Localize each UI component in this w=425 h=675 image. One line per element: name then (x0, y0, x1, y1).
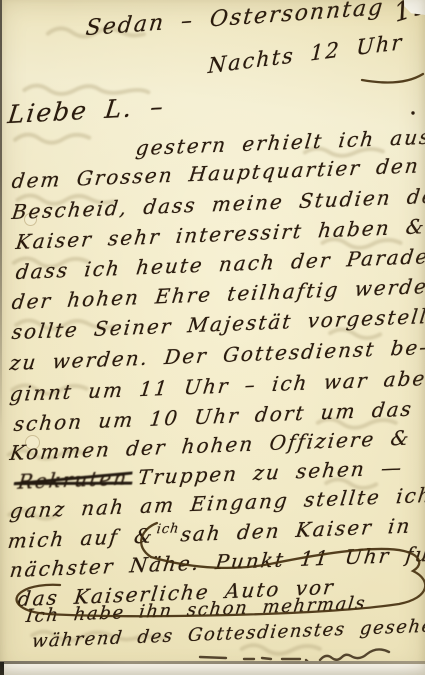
scan-background-strip (0, 663, 425, 675)
salutation: Liebe L. – (6, 92, 167, 129)
crossed-out-word: Rekruten (17, 466, 130, 494)
body-line: sah den Kaiser in (179, 513, 413, 546)
cutoff-text-fragment (320, 649, 389, 660)
body-line: Truppen zu sehen — (137, 455, 405, 489)
inserted-word: ich (156, 521, 181, 537)
scan-left-edge (0, 0, 2, 430)
ink-dot (411, 111, 414, 114)
cutoff-text-fragment (262, 658, 271, 659)
scan-corner-mark (0, 662, 4, 675)
dateline-place: Sedan – Ostersonntag (85, 0, 386, 41)
pen-flourish (362, 74, 423, 82)
timeline: Nachts 12 Uhr (207, 30, 404, 78)
body-line: mich auf & (7, 523, 156, 553)
letter-page: Sedan – Ostersonntag1915 Nachts 12 Uhr L… (0, 0, 425, 675)
cutoff-text-fragment (200, 657, 226, 658)
